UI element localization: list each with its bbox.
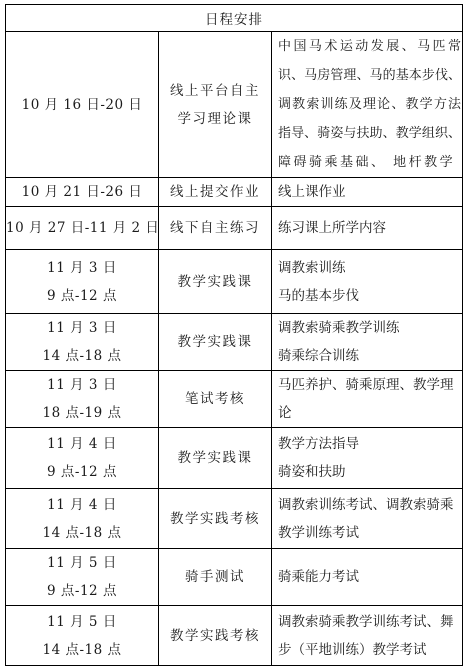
date-text: 10 月 21 日-26 日 — [6, 178, 158, 206]
cell-date: 11 月 3 日 9 点-12 点 — [6, 250, 159, 314]
cell-date: 11 月 5 日 14 点-18 点 — [6, 606, 159, 666]
cell-date: 10 月 21 日-26 日 — [6, 178, 159, 207]
table-row: 11 月 4 日 14 点-18 点 教学实践考核 调教索训练考试、调教索骑乘 … — [6, 489, 463, 549]
time-text: 14 点-18 点 — [6, 636, 158, 664]
course-text: 教学实践课 — [159, 328, 271, 356]
course-text: 线上提交作业 — [159, 178, 271, 206]
content-text: 调教索训练考试、调教索骑乘 — [278, 491, 461, 519]
course-text: 学习理论课 — [159, 105, 271, 133]
cell-course: 笔试考核 — [159, 371, 272, 428]
cell-content: 练习课上所学内容 — [272, 207, 463, 250]
course-text: 教学实践考核 — [159, 622, 271, 650]
date-text: 11 月 4 日 — [6, 430, 158, 458]
cell-course: 教学实践课 — [159, 250, 272, 314]
content-text: 调教索训练 — [278, 254, 461, 282]
content-text: 骑姿和扶助 — [278, 458, 461, 486]
cell-date: 11 月 4 日 14 点-18 点 — [6, 489, 159, 549]
cell-course: 教学实践考核 — [159, 606, 272, 666]
cell-date: 11 月 3 日 14 点-18 点 — [6, 314, 159, 371]
table-row: 10 月 16 日-20 日 线上平台自主 学习理论课 中国马术运动发展、马匹常… — [6, 32, 463, 178]
course-text: 教学实践考核 — [159, 505, 271, 533]
date-text: 11 月 4 日 — [6, 491, 158, 519]
cell-course: 教学实践考核 — [159, 489, 272, 549]
time-text: 9 点-12 点 — [6, 282, 158, 310]
cell-content: 线上课作业 — [272, 178, 463, 207]
cell-date: 11 月 3 日 18 点-19 点 — [6, 371, 159, 428]
content-text: 骑乘综合训练 — [278, 342, 461, 370]
cell-course: 线下自主练习 — [159, 207, 272, 250]
content-text: 马的基本步伐 — [278, 282, 461, 310]
content-text: 论 — [278, 399, 461, 427]
content-text: 马匹养护、骑乘原理、教学理 — [278, 371, 461, 399]
cell-content: 骑乘能力考试 — [272, 549, 463, 606]
schedule-table: 日程安排 10 月 16 日-20 日 线上平台自主 学习理论课 中国马术运动发… — [5, 4, 463, 666]
content-text: 障碍骑乘基础、 地杆教学 — [278, 148, 461, 177]
cell-course: 教学实践课 — [159, 428, 272, 489]
course-text: 笔试考核 — [159, 385, 271, 413]
cell-date: 10 月 27 日-11 月 2 日 — [6, 207, 159, 250]
date-text: 11 月 3 日 — [6, 254, 158, 282]
time-text: 14 点-18 点 — [6, 342, 158, 370]
time-text: 9 点-12 点 — [6, 458, 158, 486]
table-row: 10 月 21 日-26 日 线上提交作业 线上课作业 — [6, 178, 463, 207]
date-text: 10 月 16 日-20 日 — [6, 91, 158, 119]
date-text: 10 月 27 日-11 月 2 日 — [6, 214, 158, 242]
content-text: 调教索骑乘教学训练 — [278, 314, 461, 342]
cell-course: 线上提交作业 — [159, 178, 272, 207]
cell-date: 11 月 4 日 9 点-12 点 — [6, 428, 159, 489]
date-text: 11 月 3 日 — [6, 314, 158, 342]
cell-content: 调教索训练考试、调教索骑乘 教学训练考试 — [272, 489, 463, 549]
table-row: 11 月 5 日 9 点-12 点 骑手测试 骑乘能力考试 — [6, 549, 463, 606]
course-text: 教学实践课 — [159, 444, 271, 472]
cell-course: 骑手测试 — [159, 549, 272, 606]
course-text: 线上平台自主 — [159, 77, 271, 105]
content-text: 教学训练考试 — [278, 519, 461, 547]
content-text: 中国马术运动发展、马匹常 — [278, 32, 461, 61]
cell-content: 教学方法指导 骑姿和扶助 — [272, 428, 463, 489]
course-text: 骑手测试 — [159, 563, 271, 591]
table-title-row: 日程安排 — [6, 5, 463, 32]
content-text: 骑乘能力考试 — [278, 563, 461, 591]
table-row: 11 月 3 日 18 点-19 点 笔试考核 马匹养护、骑乘原理、教学理 论 — [6, 371, 463, 428]
date-text: 11 月 3 日 — [6, 371, 158, 399]
content-text: 调教索训练及理论、教学方法 — [278, 90, 461, 119]
course-text: 教学实践课 — [159, 268, 271, 296]
time-text: 14 点-18 点 — [6, 519, 158, 547]
time-text: 18 点-19 点 — [6, 399, 158, 427]
cell-course: 线上平台自主 学习理论课 — [159, 32, 272, 178]
course-text: 线下自主练习 — [159, 214, 271, 242]
content-text: 教学方法指导 — [278, 430, 461, 458]
cell-date: 11 月 5 日 9 点-12 点 — [6, 549, 159, 606]
cell-content: 调教索骑乘教学训练 骑乘综合训练 — [272, 314, 463, 371]
cell-content: 调教索训练 马的基本步伐 — [272, 250, 463, 314]
page-title: 日程安排 — [6, 5, 463, 32]
table-row: 11 月 4 日 9 点-12 点 教学实践课 教学方法指导 骑姿和扶助 — [6, 428, 463, 489]
table-row: 10 月 27 日-11 月 2 日 线下自主练习 练习课上所学内容 — [6, 207, 463, 250]
cell-date: 10 月 16 日-20 日 — [6, 32, 159, 178]
content-text: 指导、骑姿与扶助、教学组织、 — [278, 119, 461, 148]
content-text: 练习课上所学内容 — [278, 214, 461, 242]
date-text: 11 月 5 日 — [6, 608, 158, 636]
table-row: 11 月 3 日 14 点-18 点 教学实践课 调教索骑乘教学训练 骑乘综合训… — [6, 314, 463, 371]
cell-course: 教学实践课 — [159, 314, 272, 371]
content-text: 线上课作业 — [278, 178, 461, 206]
content-text: 识、马房管理、马的基本步伐、 — [278, 61, 461, 90]
time-text: 9 点-12 点 — [6, 577, 158, 605]
table-row: 11 月 5 日 14 点-18 点 教学实践考核 调教索骑乘教学训练考试、舞 … — [6, 606, 463, 666]
cell-content: 中国马术运动发展、马匹常 识、马房管理、马的基本步伐、 调教索训练及理论、教学方… — [272, 32, 463, 178]
content-text: 步（平地训练）教学考试 — [278, 636, 461, 664]
content-text: 调教索骑乘教学训练考试、舞 — [278, 608, 461, 636]
date-text: 11 月 5 日 — [6, 549, 158, 577]
cell-content: 调教索骑乘教学训练考试、舞 步（平地训练）教学考试 — [272, 606, 463, 666]
table-row: 11 月 3 日 9 点-12 点 教学实践课 调教索训练 马的基本步伐 — [6, 250, 463, 314]
cell-content: 马匹养护、骑乘原理、教学理 论 — [272, 371, 463, 428]
